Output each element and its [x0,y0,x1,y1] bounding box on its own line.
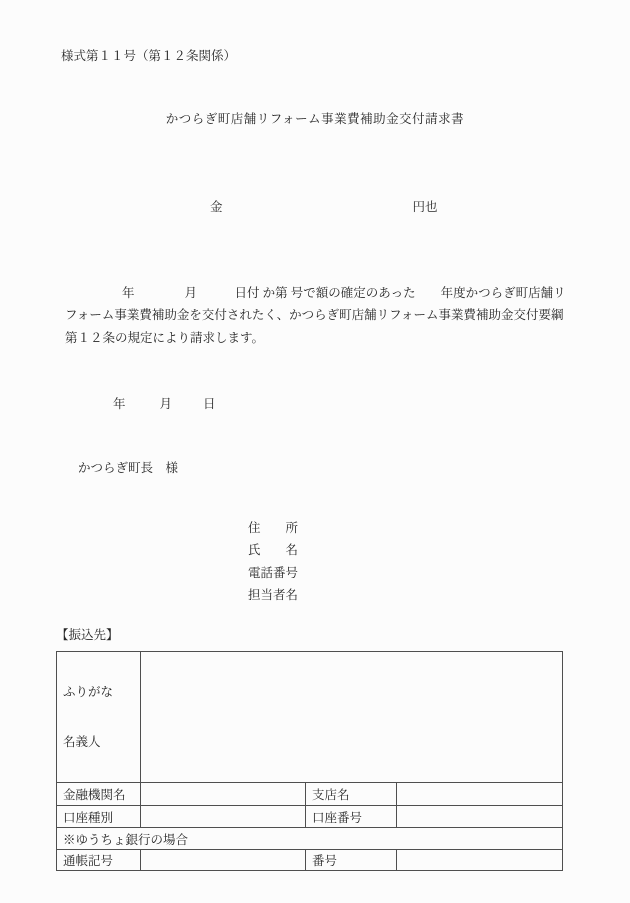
amount-suffix-label: 円也 [413,200,438,214]
institution-value-cell [141,783,306,806]
date-day-label: 日 [203,397,216,411]
furigana-label: ふりがな [63,682,140,702]
yucho-note-cell: ※ゆうちょ銀行の場合 [57,828,563,850]
account-number-value-cell [397,806,563,828]
body-line-3: 第１２条の規定により請求します。 [65,327,570,349]
form-number: 様式第１１号（第１２条関係） [61,49,236,64]
document-title: かつらぎ町店舗リフォーム事業費補助金交付請求書 [0,112,630,127]
passbook-symbol-label-cell: 通帳記号 [57,850,141,871]
applicant-block: 住 所 氏 名 電話番号 担当者名 [248,517,298,606]
applicant-contact-label: 担当者名 [248,584,298,606]
account-number-label-cell: 口座番号 [306,806,397,828]
amount-prefix-label: 金 [210,200,223,214]
body-paragraph: 年 月 日付 か第 号で額の確定のあった 年度かつらぎ町店舗リ フォーム事業費補… [65,282,570,349]
addressee-line: かつらぎ町長 様 [78,461,178,476]
applicant-address-label: 住 所 [248,517,298,539]
applicant-phone-label: 電話番号 [248,562,298,584]
document-page: 様式第１１号（第１２条関係） かつらぎ町店舗リフォーム事業費補助金交付請求書 金… [0,0,630,903]
passbook-symbol-value-cell [141,850,306,871]
bank-transfer-table: ふりがな 名義人 金融機関名 支店名 口座種別 口座番号 ※ゆうちょ銀行の場合 [56,651,563,871]
body-line-1: 年 月 日付 か第 号で額の確定のあった 年度かつらぎ町店舗リ [65,282,570,304]
table-row-passbook: 通帳記号 番号 [57,850,563,871]
holder-label: 名義人 [63,732,140,752]
table-row-yucho-note: ※ゆうちょ銀行の場合 [57,828,563,850]
bank-transfer-heading: 【振込先】 [56,628,119,643]
amount-line: 金円也 [210,200,438,215]
date-year-label: 年 [113,397,126,411]
institution-label-cell: 金融機関名 [57,783,141,806]
applicant-name-label: 氏 名 [248,539,298,561]
table-row-institution: 金融機関名 支店名 [57,783,563,806]
account-type-label-cell: 口座種別 [57,806,141,828]
table-row-account: 口座種別 口座番号 [57,806,563,828]
passbook-number-label-cell: 番号 [306,850,397,871]
holder-label-cell: ふりがな 名義人 [57,652,141,783]
date-line: 年月日 [113,397,216,412]
body-line-2: フォーム事業費補助金を交付されたく、かつらぎ町店舗リフォーム事業費補助金交付要綱 [65,304,570,326]
holder-value-cell [141,652,563,783]
branch-label-cell: 支店名 [306,783,397,806]
branch-value-cell [397,783,563,806]
account-type-value-cell [141,806,306,828]
date-month-label: 月 [160,397,173,411]
passbook-number-value-cell [397,850,563,871]
table-row-holder: ふりがな 名義人 [57,652,563,783]
